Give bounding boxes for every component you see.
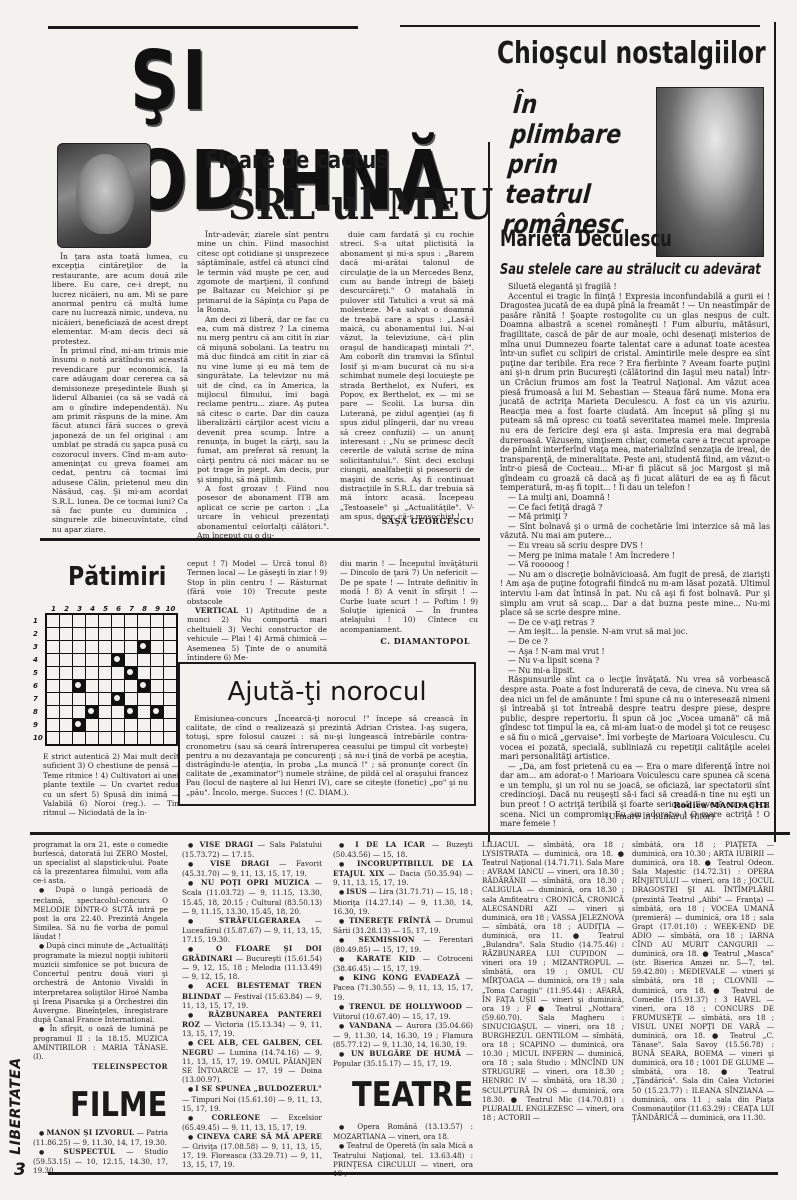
crossword-grid bbox=[45, 613, 178, 746]
filme-heading: FILME bbox=[70, 1085, 167, 1125]
listing-entry: O FLOARE ŞI DOI GRĂDINARI — Bucureşti (1… bbox=[182, 944, 322, 981]
section-masthead: ŞI ODIHNĂ bbox=[130, 32, 392, 132]
crossword-cell bbox=[164, 628, 176, 640]
crossword-cell bbox=[164, 680, 176, 692]
listing-info: — Victoria (15.13.34) — 9, 11, 13, 15, 1… bbox=[182, 1020, 322, 1038]
crossword-black-cell bbox=[73, 680, 85, 692]
crossword-row-number: 8 bbox=[33, 706, 43, 719]
listing-entry: VANDANA — Aurora (35.04.66) — 9, 11.30, … bbox=[333, 1021, 473, 1049]
listing-entry: UN BULGĂRE DE HUMĂ — Popular (35.15.17) … bbox=[333, 1049, 473, 1068]
crossword-cell bbox=[164, 732, 176, 744]
crossword-cell bbox=[99, 654, 111, 666]
crossword-col-number: 5 bbox=[99, 605, 112, 613]
noroc-title: Ajută-ţi norocul bbox=[180, 676, 474, 708]
crossword-cell bbox=[99, 706, 111, 718]
crossword-cell bbox=[60, 693, 72, 705]
nostalgii-dialogue: — De ce v-aţi retras ? bbox=[500, 618, 770, 628]
crossword-cell bbox=[73, 732, 85, 744]
crossword-cell bbox=[86, 628, 98, 640]
listing-entry: SEXMISSION — Ferentari (80.49.85) — 15, … bbox=[333, 935, 473, 954]
crossword-cell bbox=[99, 615, 111, 627]
nostalgii-paragraph: Accentul ei tragic în fiinţă ! Expresia … bbox=[500, 292, 770, 493]
listing-title: SEXMISSION bbox=[359, 935, 415, 944]
crossword-black-cell bbox=[138, 680, 150, 692]
crossword-col-number: 7 bbox=[125, 605, 138, 613]
crossword-cell bbox=[151, 693, 163, 705]
crossword-cell bbox=[47, 654, 59, 666]
crossword-clues-vertical-block: VERTICAL 1) Aptitudine de a munci 2) Nu … bbox=[187, 606, 327, 662]
noroc-text: Emisiunea-concurs „Încearcă-ţi norocul !… bbox=[180, 708, 474, 797]
right-border bbox=[774, 22, 776, 842]
crossword-title: Pătimiri bbox=[68, 560, 166, 594]
crossword-cell bbox=[125, 719, 137, 731]
listing-entry: NU POŢI OPRI MUZICA — Scala (11.03.72) —… bbox=[182, 878, 322, 915]
listing-entry: CINEVA CARE SĂ MĂ APERE — Griviţa (17.08… bbox=[182, 1132, 322, 1169]
listing-title: SUSPECTUL bbox=[63, 1147, 115, 1156]
crossword-cell bbox=[47, 667, 59, 679]
listing-title: I SE SPUNEA „BULDOZERUL" bbox=[195, 1084, 322, 1093]
crossword-row-number: 5 bbox=[33, 667, 43, 680]
crossword-cell bbox=[47, 628, 59, 640]
bottom-rule bbox=[48, 1172, 778, 1175]
crossword-cell bbox=[112, 628, 124, 640]
listing-entry: ACEL BLESTEMAT TREN BLINDAT — Festival (… bbox=[182, 981, 322, 1009]
crossword-cell bbox=[151, 732, 163, 744]
crossword-col-number: 6 bbox=[112, 605, 125, 613]
crossword-cell bbox=[73, 628, 85, 640]
crossword-cell bbox=[99, 667, 111, 679]
listing-entry: MANON ŞI IZVORUL — Patria (11.86.25) — 9… bbox=[33, 1128, 168, 1147]
crossword-cell bbox=[112, 641, 124, 653]
crossword-cell bbox=[125, 732, 137, 744]
crossword-black-cell bbox=[138, 641, 150, 653]
crossword-cell bbox=[138, 706, 150, 718]
nostalgii-dialogue: — Ce faci fetiţă dragă ? bbox=[500, 503, 770, 513]
crossword-cell bbox=[86, 693, 98, 705]
crossword-cell bbox=[60, 641, 72, 653]
crossword-cell bbox=[138, 693, 150, 705]
nostalgii-dialogue: — Eu vreau să scriu despre DVS ! bbox=[500, 541, 770, 551]
portrait-photo bbox=[57, 143, 151, 248]
crossword-row-number: 2 bbox=[33, 628, 43, 641]
listing-title: TINEREŢE FRÎNTĂ bbox=[349, 916, 431, 925]
crossword-cell bbox=[99, 680, 111, 692]
listing-title: VISE DRAGI bbox=[200, 840, 254, 849]
listing-title: I DE LA ICAR bbox=[355, 840, 425, 849]
nostalgii-dialogue: — Vă rooooog ! bbox=[500, 560, 770, 570]
crossword-cell bbox=[138, 654, 150, 666]
tv-paragraph: programat la ora 21, este o comedie burl… bbox=[33, 840, 168, 885]
crossword-col-number: 3 bbox=[73, 605, 86, 613]
listing-entry: CORLEONE — Excelsior (65.49.45) — 9, 11,… bbox=[182, 1113, 322, 1132]
top-rule-right bbox=[400, 25, 760, 27]
crossword-col-number: 1 bbox=[47, 605, 60, 613]
crossword-cell bbox=[125, 628, 137, 640]
srl-paragraph: duie cam fardată şi cu rochie streci. S-… bbox=[340, 230, 474, 522]
crossword-col-number: 8 bbox=[138, 605, 151, 613]
crossword-cell bbox=[164, 667, 176, 679]
nostalgii-paragraph: Răspunsurile sînt ca o lecţie învăţată. … bbox=[500, 675, 770, 761]
listing-title: NU POŢI OPRI MUZICA bbox=[201, 878, 310, 887]
noroc-box: Ajută-ţi norocul Emisiunea-concurs „Înce… bbox=[178, 662, 476, 806]
crossword-cell bbox=[138, 719, 150, 731]
crossword-cell bbox=[86, 680, 98, 692]
listing-entry: RĂZBUNAREA PANTEREI ROZ — Victoria (15.1… bbox=[182, 1010, 322, 1038]
newspaper-name: LIBERTATEA bbox=[8, 1056, 24, 1156]
crossword-cell bbox=[47, 732, 59, 744]
nostalgii-dialogue: — Mă primiţi ? bbox=[500, 512, 770, 522]
listing-entry: VISE DRAGI — Favorit (45.31.70) — 9, 11,… bbox=[182, 859, 322, 878]
crossword-cell bbox=[73, 693, 85, 705]
series-title-line: În plimbare bbox=[509, 90, 633, 150]
column-divider bbox=[488, 142, 490, 842]
continued-note: (Urmare în numărul viitor) bbox=[570, 812, 750, 821]
crossword-cell bbox=[86, 615, 98, 627]
nostalgii-body: Siluetă elegantă şi fragilă ! Accentul e… bbox=[500, 282, 770, 829]
crossword-cell bbox=[73, 667, 85, 679]
crossword-black-cell bbox=[112, 693, 124, 705]
listing-title: TRENUL DE HOLLYWOOD bbox=[349, 1002, 462, 1011]
crossword-cell bbox=[125, 654, 137, 666]
nostalgii-dialogue: — La mulţi ani, Doamnă ! bbox=[500, 493, 770, 503]
crossword-cell bbox=[99, 628, 111, 640]
crossword-cell bbox=[164, 654, 176, 666]
nostalgii-subtitle: Sau stelele care au strălucit cu adevăra… bbox=[500, 260, 761, 278]
nostalgii-dialogue: — Sînt bolnavă şi o urmă de cochetărie î… bbox=[500, 522, 770, 541]
crossword-cell bbox=[125, 680, 137, 692]
crossword-black-cell bbox=[86, 706, 98, 718]
listing-info: Opera Română (13.13.57) : MOZARTIANA — v… bbox=[333, 1122, 473, 1141]
listing-title: VISE DRAGI bbox=[210, 859, 269, 868]
crossword-row-number: 10 bbox=[33, 732, 43, 745]
srl-paragraph: În ţara asta toată lumea, cu excepţia ci… bbox=[52, 252, 188, 346]
listing-entry: I SE SPUNEA „BULDOZERUL" — Timpuri Noi (… bbox=[182, 1084, 322, 1112]
srl-paragraph: A fost grozav ! Fiind nou posesor de abo… bbox=[197, 484, 329, 540]
filme-col-c: I DE LA ICAR — Buzeşti (50.43.56) — 15, … bbox=[333, 840, 473, 1068]
crossword-cell bbox=[73, 706, 85, 718]
crossword-author: C. DIAMANTOPOL bbox=[340, 636, 470, 646]
crossword-column-numbers: 12345678910 bbox=[47, 605, 179, 613]
crossword-cell bbox=[86, 667, 98, 679]
teatre-col-e: sîmbătă, ora 18 ; PIAŢETA — duminică, or… bbox=[632, 840, 774, 1122]
crossword-row-number: 4 bbox=[33, 654, 43, 667]
crossword-cell bbox=[99, 732, 111, 744]
listing-title: VANDANA bbox=[349, 1021, 392, 1030]
crossword-clues-left: E strict autentică 2) Mai mult decît suf… bbox=[43, 752, 179, 818]
crossword-cell bbox=[151, 719, 163, 731]
section-rule bbox=[40, 538, 480, 541]
srl-paragraph: În primul rînd, mi-am trimis mie însumi … bbox=[52, 346, 188, 534]
listing-title: ISUS bbox=[346, 887, 367, 896]
crossword-cell bbox=[47, 719, 59, 731]
crossword-cell bbox=[99, 641, 111, 653]
crossword-cell bbox=[99, 719, 111, 731]
tv-paragraph: În sfîrşit, o oază de lumină pe programu… bbox=[33, 1024, 168, 1061]
crossword-cell bbox=[138, 628, 150, 640]
filme-col-b: VISE DRAGI — Sala Palatului (15.73.72) —… bbox=[182, 840, 322, 1169]
listing-title: STRĂFULGERAREA bbox=[219, 916, 301, 925]
vertical-label: VERTICAL bbox=[195, 606, 238, 615]
nostalgii-dialogue: — Nu mi-a lipsit. bbox=[500, 666, 770, 676]
srl-column-3: duie cam fardată şi cu rochie streci. S-… bbox=[340, 230, 474, 522]
series-title-line: prin teatrul bbox=[504, 150, 628, 210]
crossword-cell bbox=[60, 667, 72, 679]
crossword-cell bbox=[151, 641, 163, 653]
crossword-black-cell bbox=[112, 654, 124, 666]
listing-entry: INCORUPTIBILUL DE LA ETAJUL XIX — Dacia … bbox=[333, 859, 473, 887]
crossword-cell bbox=[112, 706, 124, 718]
series-title: În plimbare prin teatrul românesc bbox=[501, 90, 633, 240]
srl-paragraph: Într-adevăr, ziarele sînt pentru mine un… bbox=[197, 230, 329, 315]
crossword-cell bbox=[47, 641, 59, 653]
crossword-row-number: 9 bbox=[33, 719, 43, 732]
crossword-cell bbox=[86, 719, 98, 731]
nostalgii-dialogue: — Merg pe inima matale ! Am încredere ! bbox=[500, 551, 770, 561]
listing-title: CORLEONE bbox=[212, 1113, 260, 1122]
crossword-cell bbox=[112, 667, 124, 679]
top-rule bbox=[48, 26, 358, 29]
crossword-cell bbox=[164, 693, 176, 705]
listing-entry: TRENUL DE HOLLYWOOD — Viitorul (10.67.40… bbox=[333, 1002, 473, 1021]
crossword-cell bbox=[73, 641, 85, 653]
crossword-cell bbox=[164, 641, 176, 653]
crossword-cell bbox=[86, 654, 98, 666]
listing-info: — Griviţa (17.08.58) — 9, 11, 13, 15, 17… bbox=[182, 1142, 322, 1169]
crossword-col-number: 4 bbox=[86, 605, 99, 613]
tv-column: programat la ora 21, este o comedie burl… bbox=[33, 840, 168, 1071]
crossword-row-number: 1 bbox=[33, 615, 43, 628]
crossword-clues-right: diu marin ! — Începutul învăţăturii — Di… bbox=[340, 559, 478, 634]
actress-photo bbox=[656, 87, 764, 257]
crossword-cell bbox=[164, 719, 176, 731]
listing-entry: KING KONG EVADEAZĂ — Pacea (71.30.55) — … bbox=[333, 973, 473, 1001]
crossword-cell bbox=[125, 615, 137, 627]
teatre-heading: TEATRE bbox=[352, 1075, 473, 1115]
crossword-cell bbox=[47, 706, 59, 718]
nostalgii-dialogue: — Nu am o discreţie bolnăvicioasă. Am fu… bbox=[500, 570, 770, 618]
crossword-cell bbox=[60, 706, 72, 718]
crossword-cell bbox=[60, 654, 72, 666]
crossword-black-cell bbox=[125, 706, 137, 718]
listings-rule bbox=[30, 832, 790, 835]
subject-name: Marieta Deculescu bbox=[500, 226, 672, 254]
crossword-row-number: 7 bbox=[33, 693, 43, 706]
crossword-cell bbox=[138, 667, 150, 679]
crossword-cell bbox=[164, 706, 176, 718]
crossword-cell bbox=[60, 732, 72, 744]
listing-entry: I DE LA ICAR — Buzeşti (50.43.56) — 15, … bbox=[333, 840, 473, 859]
filme-col-a: MANON ŞI IZVORUL — Patria (11.86.25) — 9… bbox=[33, 1128, 168, 1175]
crossword-cell bbox=[151, 628, 163, 640]
listing-entry: CEL ALB, CEL GALBEN, CEL NEGRU — Lumina … bbox=[182, 1038, 322, 1084]
srl-author: SAŞA GEORGESCU bbox=[340, 516, 474, 526]
listing-title: KARATE KID bbox=[356, 954, 415, 963]
listing-entry: TINEREŢE FRÎNTĂ — Drumul Sării (31.28.13… bbox=[333, 916, 473, 935]
listing-title: KING KONG EVADEAZĂ bbox=[353, 973, 460, 982]
listing-entry: KARATE KID — Cotroceni (38.46.45) — 15, … bbox=[333, 954, 473, 973]
listing-entry: STRĂFULGERAREA — Luceafărul (15.87.67) —… bbox=[182, 916, 322, 944]
article-title: SRL-ul MEU bbox=[228, 180, 493, 230]
crossword-row-number: 3 bbox=[33, 641, 43, 654]
crossword-cell bbox=[151, 667, 163, 679]
teatre-col-c: Opera Română (13.13.57) : MOZARTIANA — v… bbox=[333, 1122, 473, 1179]
crossword-row-number: 6 bbox=[33, 680, 43, 693]
crossword-clues-horizontal: ceput ! 7) Model — Urcă tonul 8) Termen … bbox=[187, 559, 327, 606]
listing-title: MANON ŞI IZVORUL bbox=[47, 1128, 135, 1137]
crossword-cell bbox=[151, 654, 163, 666]
crossword-cell bbox=[47, 615, 59, 627]
crossword-row-numbers: 12345678910 bbox=[33, 615, 43, 745]
nostalgii-dialogue: — Nu v-a lipsit scena ? bbox=[500, 656, 770, 666]
nostalgii-dialogue: — Am ieşit... la pensie. N-am vrut să ma… bbox=[500, 627, 770, 637]
crossword-cell bbox=[73, 615, 85, 627]
srl-column-1: În ţara asta toată lumea, cu excepţia ci… bbox=[52, 252, 188, 534]
listing-entry: ISUS — Lira (31.71.71) — 15, 18 ; Mioriţ… bbox=[333, 887, 473, 915]
portrait-face bbox=[76, 154, 134, 234]
listing-entry: Opera Română (13.13.57) : MOZARTIANA — v… bbox=[333, 1122, 473, 1141]
crossword-cell bbox=[151, 615, 163, 627]
tv-author: TELEINSPECTOR bbox=[33, 1062, 168, 1071]
crossword-cell bbox=[86, 732, 98, 744]
crossword-cell bbox=[138, 615, 150, 627]
crossword-clues-mid: ceput ! 7) Model — Urcă tonul 8) Termen … bbox=[187, 559, 327, 662]
nostalgii-header: Chioşcul nostalgiilor bbox=[497, 34, 766, 74]
listing-entry: VISE DRAGI — Sala Palatului (15.73.72) —… bbox=[182, 840, 322, 859]
crossword-cell bbox=[60, 680, 72, 692]
listing-title: CINEVA CARE SĂ MĂ APERE bbox=[197, 1132, 322, 1141]
tv-paragraph: După o lungă perioadă de reclamă, specta… bbox=[33, 885, 168, 941]
crossword-col-number: 2 bbox=[60, 605, 73, 613]
crossword-cell bbox=[112, 719, 124, 731]
crossword-cell bbox=[47, 693, 59, 705]
crossword-cell bbox=[47, 680, 59, 692]
nostalgii-dialogue: — De ce ? bbox=[500, 637, 770, 647]
crossword-cell bbox=[60, 615, 72, 627]
crossword-cell bbox=[86, 641, 98, 653]
crossword-cell bbox=[112, 732, 124, 744]
crossword-cell bbox=[151, 680, 163, 692]
listing-info: — Timpuri Noi (15.61.10) — 9, 11, 13, 15… bbox=[182, 1095, 322, 1113]
crossword-cell bbox=[112, 680, 124, 692]
crossword-cell bbox=[99, 693, 111, 705]
crossword-cell bbox=[112, 615, 124, 627]
nostalgii-dialogue: — Aşa ! N-am mai vrut ! bbox=[500, 647, 770, 657]
listing-title: UN BULGĂRE DE HUMĂ bbox=[351, 1049, 461, 1058]
crossword-cell bbox=[138, 732, 150, 744]
teatre-col-d: LILIACUL — sîmbătă, ora 18 ; LYSISTRATA … bbox=[482, 840, 624, 1122]
srl-paragraph: Am deci zi liberă, dar ce fac cu ea, cum… bbox=[197, 315, 329, 484]
crossword-black-cell bbox=[73, 719, 85, 731]
crossword-cell bbox=[73, 654, 85, 666]
article-kicker: Floare de cactus bbox=[205, 145, 388, 175]
srl-column-2: Într-adevăr, ziarele sînt pentru mine un… bbox=[197, 230, 329, 540]
nostalgii-author: Rodica MANDACHE bbox=[560, 800, 770, 810]
crossword-cell bbox=[164, 615, 176, 627]
nostalgii-paragraph: Siluetă elegantă şi fragilă ! bbox=[500, 282, 770, 292]
crossword-col-number: 9 bbox=[151, 605, 164, 613]
crossword-cell bbox=[60, 628, 72, 640]
crossword-black-cell bbox=[125, 667, 137, 679]
crossword-black-cell bbox=[151, 706, 163, 718]
crossword-col-number: 10 bbox=[164, 605, 177, 613]
page-number: 3 bbox=[14, 1160, 26, 1180]
crossword-cell bbox=[125, 693, 137, 705]
crossword-cell bbox=[60, 719, 72, 731]
tv-paragraph: După cinci minute de „Actualităţi progra… bbox=[33, 941, 168, 1024]
crossword-cell bbox=[125, 641, 137, 653]
